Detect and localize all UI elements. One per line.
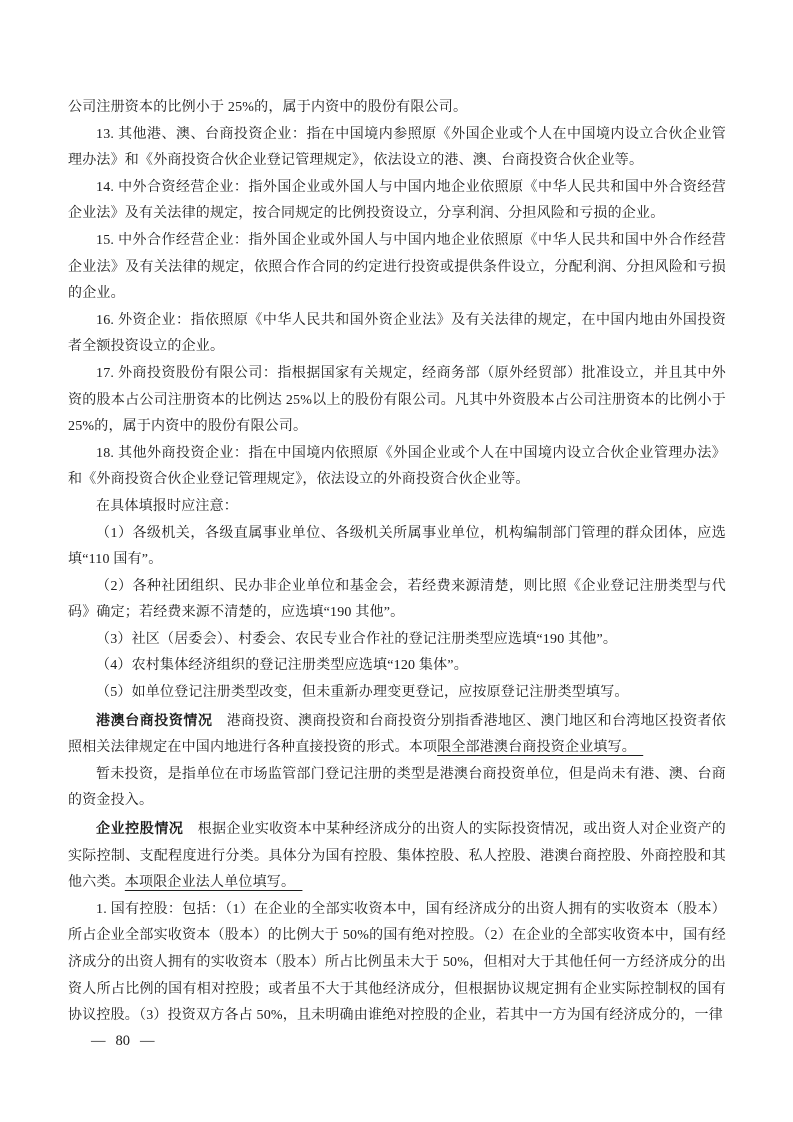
paragraph-15-sino-foreign-cooperative-enterprises: 15. 中外合作经营企业：指外国企业或外国人与中国内地企业依照原《中华人民共和国… xyxy=(68,228,726,308)
paragraph-text: 16. 外资企业：指依照原《中华人民共和国外资企业法》及有关法律的规定，在中国内… xyxy=(68,313,726,355)
note-1-state-organs: （1）各级机关，各级直属事业单位、各级机关所属事业单位，机构编制部门管理的群众团… xyxy=(68,521,726,574)
section-heading-enterprise-holding: 企业控股情况 xyxy=(96,820,183,836)
footer-dash-left: — xyxy=(91,1031,106,1051)
note-2-social-organizations: （2）各种社团组织、民办非企业单位和基金会，若经费来源清楚，则比照《企业登记注册… xyxy=(68,574,726,627)
paragraph-16-foreign-owned-enterprises: 16. 外资企业：指依照原《中华人民共和国外资企业法》及有关法律的规定，在中国内… xyxy=(68,308,726,361)
paragraph-14-sino-foreign-joint-ventures: 14. 中外合资经营企业：指外国企业或外国人与中国内地企业依照原《中华人民共和国… xyxy=(68,175,726,228)
paragraph-text: 暂未投资，是指单位在市场监管部门登记注册的类型是港澳台商投资单位，但是尚未有港、… xyxy=(68,767,726,809)
paragraph-text: （1）各级机关，各级直属事业单位、各级机关所属事业单位，机构编制部门管理的群众团… xyxy=(68,526,726,568)
paragraph-17-foreign-invested-share-companies: 17. 外商投资股份有限公司：指根据国家有关规定，经商务部（原外经贸部）批准设立… xyxy=(68,361,726,441)
fill-scope-underline-hmt: 限全部港澳台商投资企业填写。 xyxy=(437,740,643,755)
paragraph-text: 14. 中外合资经营企业：指外国企业或外国人与中国内地企业依照原《中华人民共和国… xyxy=(68,180,726,222)
paragraph-text: 15. 中外合作经营企业：指外国企业或外国人与中国内地企业依照原《中华人民共和国… xyxy=(68,233,726,301)
note-4-rural-collective-organizations: （4）农村集体经济组织的登记注册类型应选填“120 集体”。 xyxy=(68,653,726,680)
document-page: 公司注册资本的比例小于 25%的，属于内资中的股份有限公司。 13. 其他港、澳… xyxy=(0,0,793,1122)
paragraph-text: 13. 其他港、澳、台商投资企业：指在中国境内参照原《外国企业或个人在中国境内设… xyxy=(68,127,726,169)
paragraph-text: 17. 外商投资股份有限公司：指根据国家有关规定，经商务部（原外经贸部）批准设立… xyxy=(68,366,726,434)
note-5-registration-type-change: （5）如单位登记注册类型改变，但未重新办理变更登记，应按原登记注册类型填写。 xyxy=(68,680,726,707)
paragraph-text: 1. 国有控股：包括：（1）在企业的全部实收资本中，国有经济成分的出资人拥有的实… xyxy=(68,902,726,1023)
paragraph-13-other-hmt-invested-enterprises: 13. 其他港、澳、台商投资企业：指在中国境内参照原《外国企业或个人在中国境内设… xyxy=(68,122,726,175)
paragraph-text: 在具体填报时应注意： xyxy=(96,499,238,514)
page-number: 80 xyxy=(116,1031,131,1051)
section-hmt-investment-status: 港澳台商投资情况 港商投资、澳商投资和台商投资分别指香港地区、澳门地区和台湾地区… xyxy=(68,707,726,762)
footer-dash-right: — xyxy=(140,1031,155,1051)
paragraph-not-yet-invested: 暂未投资，是指单位在市场监管部门登记注册的类型是港澳台商投资单位，但是尚未有港、… xyxy=(68,762,726,815)
fill-scope-underline-holding: 本项限企业法人单位填写。 xyxy=(125,875,303,890)
paragraph-text: （3）社区（居委会）、村委会、农民专业合作社的登记注册类型应选填“190 其他”… xyxy=(96,632,617,647)
paragraph-1-state-holding-definition: 1. 国有控股：包括：（1）在企业的全部实收资本中，国有经济成分的出资人拥有的实… xyxy=(68,897,726,1030)
paragraph-text: 公司注册资本的比例小于 25%的，属于内资中的股份有限公司。 xyxy=(68,100,467,115)
paragraph-text: （4）农村集体经济组织的登记注册类型应选填“120 集体”。 xyxy=(96,658,468,673)
page-body-text: 公司注册资本的比例小于 25%的，属于内资中的股份有限公司。 13. 其他港、澳… xyxy=(68,95,726,1030)
section-heading-hmt-investment: 港澳台商投资情况 xyxy=(96,712,213,728)
paragraph-18-other-foreign-invested-enterprises: 18. 其他外商投资企业：指在中国境内依照原《外国企业或个人在中国境内设立合伙企… xyxy=(68,441,726,494)
paragraph-text: （5）如单位登记注册类型改变，但未重新办理变更登记，应按原登记注册类型填写。 xyxy=(96,685,629,700)
paragraph-text: 18. 其他外商投资企业：指在中国境内依照原《外国企业或个人在中国境内设立合伙企… xyxy=(68,446,726,488)
paragraph-share-company-continuation: 公司注册资本的比例小于 25%的，属于内资中的股份有限公司。 xyxy=(68,95,726,122)
paragraph-filling-notes-intro: 在具体填报时应注意： xyxy=(68,494,726,521)
section-enterprise-holding-status: 企业控股情况 根据企业实收资本中某种经济成分的出资人的实际投资情况，或出资人对企… xyxy=(68,815,726,897)
page-footer: — 80 — xyxy=(91,1031,155,1051)
note-3-communities-cooperatives: （3）社区（居委会）、村委会、农民专业合作社的登记注册类型应选填“190 其他”… xyxy=(68,627,726,654)
paragraph-text: （2）各种社团组织、民办非企业单位和基金会，若经费来源清楚，则比照《企业登记注册… xyxy=(68,579,726,621)
